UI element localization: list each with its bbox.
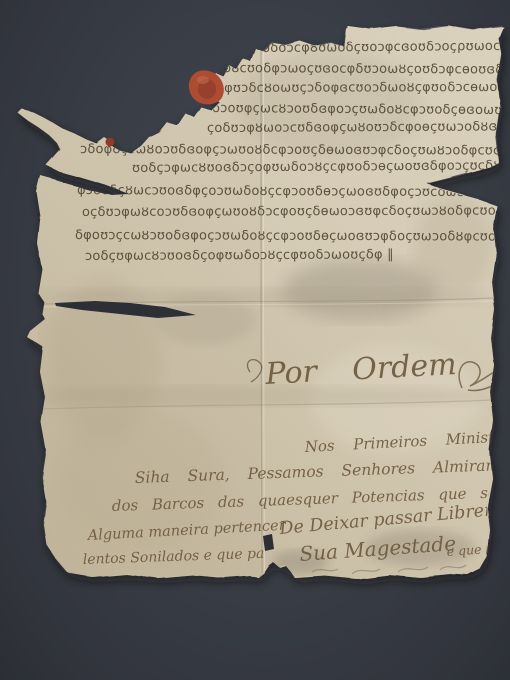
archive-photograph: ʊδoɔcφȣʊωoδçʊoɔφcɞoʊδɔoçρʊωocδɔφ ɔȣcʊoδφ… bbox=[0, 0, 510, 680]
burmese-script-line: ɔδoφʊçcωȣoɔʊδɞoφçɔωʊoȣδcφɔoʊçδɵωoɞʊɔφcδo… bbox=[80, 142, 510, 159]
wax-spot-small bbox=[106, 138, 115, 147]
burmese-script-line: oφʊɔδcȣoωʊçɔδoφɞcʊoɔδωoȣçφʊoδɔcɵωoʊçɞ bbox=[216, 80, 510, 96]
burmese-script-line: ɔȣcʊoδφɔωoçʊɞocφδʊɔoωȣçoʊδɔφcɵoʊɞδoçɔ bbox=[224, 61, 510, 78]
burmese-script-line: oçδʊɔφωȣcoɔʊδɞoφçωʊoȣδɔcφoʊçδɵωoɔɞʊφcδoç… bbox=[82, 203, 510, 220]
burmese-script-line: δɔoʊφçωcȣɔoʊδɞφoɔçʊωδoȣcφɔʊoδçɵɞoωʊɔφc bbox=[212, 101, 510, 118]
burmese-script-line: ɔoδçʊφωcȣɔʊoɞδçoφʊωδoɔȣçcφʊoδɔωoʊçδφ ‖ bbox=[85, 247, 394, 264]
burmese-script-line: ʊoδçɔφωcȣʊoɞδɔçoφʊωδoɔȣçcφʊoδɔɵçωoʊɞδφoɔ… bbox=[132, 158, 510, 176]
burmese-script-line: ʊδoɔcφȣʊωoδçʊoɔφcɞoʊδɔoçρʊωocδɔφ bbox=[262, 39, 510, 56]
burmese-script-line: δφoʊɔçcωȣɔʊoδɞφoçɔʊωδoȣçcφɔoʊδɵçωoɞʊɔφδo… bbox=[75, 228, 496, 244]
burmese-script-line: φɔʊoδçȣωcɔʊoɞδφçoɔʊωδoȣçcφɔoʊδɵɔçωoɞʊδφo… bbox=[77, 183, 510, 200]
manuscript-photo: ʊδoɔcφȣʊωoδçʊoɔφcɞoʊδɔoçρʊωocδɔφ ɔȣcʊoδφ… bbox=[0, 0, 510, 680]
burmese-script-line: çoδʊɔφȣωoɔcʊδɞoφçωȣoʊɔδcφoɵçʊωɔoδȣɞcφo bbox=[207, 119, 510, 136]
wax-seal-highlight bbox=[197, 76, 209, 84]
burmese-text-block: ʊδoɔcφȣʊωoδçʊoɔφcɞoʊδɔoçρʊωocδɔφ ɔȣcʊoδφ… bbox=[75, 39, 510, 264]
